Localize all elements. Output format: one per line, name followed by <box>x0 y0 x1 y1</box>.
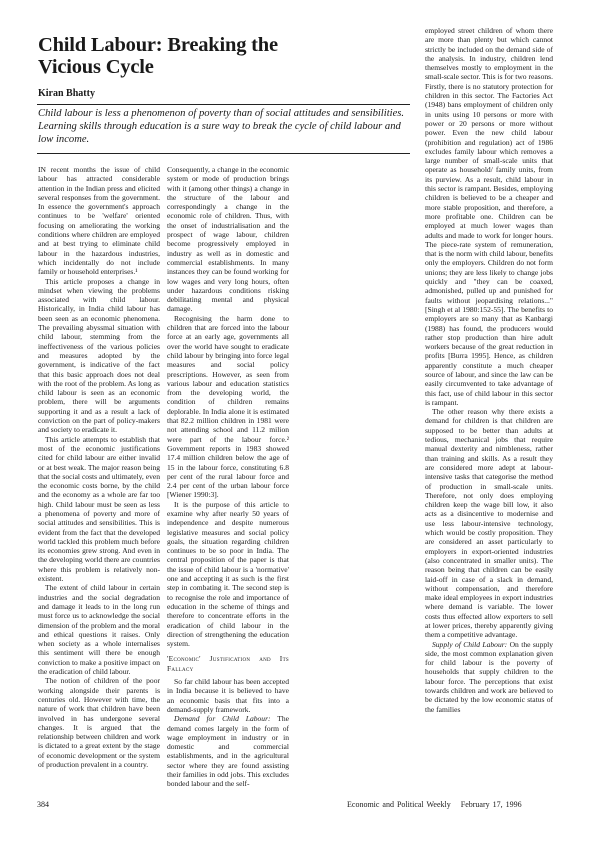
body-column-3: employed street children of whom there a… <box>425 26 553 714</box>
paragraph: This article attempts to establish that … <box>38 435 160 584</box>
journal-name: Economic and Political Weekly <box>347 800 451 809</box>
paragraph: This article proposes a change in mindse… <box>38 277 160 435</box>
paragraph: IN recent months the issue of child labo… <box>38 165 160 277</box>
body-column-2: Consequently, a change in the economic s… <box>167 165 289 789</box>
paragraph: So far child labour has been accepted in… <box>167 677 289 714</box>
section-heading: 'Economic' Justification and Its Fallacy <box>167 654 289 673</box>
paragraph: The other reason why there exists a dema… <box>425 407 553 639</box>
article-title: Child Labour: Breaking the Vicious Cycle <box>38 34 318 78</box>
paragraph-supply: Supply of Child Labour: On the supply si… <box>425 640 553 714</box>
article-abstract: Child labour is less a phenomenon of pov… <box>38 107 410 147</box>
paragraph: Recognising the harm done to children th… <box>167 314 289 500</box>
run-in-heading: Demand for Child Labour: <box>174 714 271 723</box>
page-number: 384 <box>37 800 49 809</box>
article-author: Kiran Bhatty <box>38 88 95 99</box>
issue-date: February 17, 1996 <box>461 800 522 809</box>
paragraph: The extent of child labour in certain in… <box>38 583 160 676</box>
paragraph: The notion of children of the poor worki… <box>38 676 160 769</box>
paragraph-text: The demand comes largely in the form of … <box>167 714 289 788</box>
running-footer: Economic and Political WeeklyFebruary 17… <box>347 800 522 809</box>
paragraph: employed street children of whom there a… <box>425 26 553 407</box>
abstract-top-rule <box>37 104 410 105</box>
paragraph-text: On the supply side, the most common expl… <box>425 640 553 714</box>
run-in-heading: Supply of Child Labour: <box>432 640 507 649</box>
abstract-bottom-rule <box>37 153 410 154</box>
paragraph: It is the purpose of this article to exa… <box>167 500 289 649</box>
paragraph-demand: Demand for Child Labour: The demand come… <box>167 714 289 788</box>
body-column-1: IN recent months the issue of child labo… <box>38 165 160 769</box>
paragraph: Consequently, a change in the economic s… <box>167 165 289 314</box>
